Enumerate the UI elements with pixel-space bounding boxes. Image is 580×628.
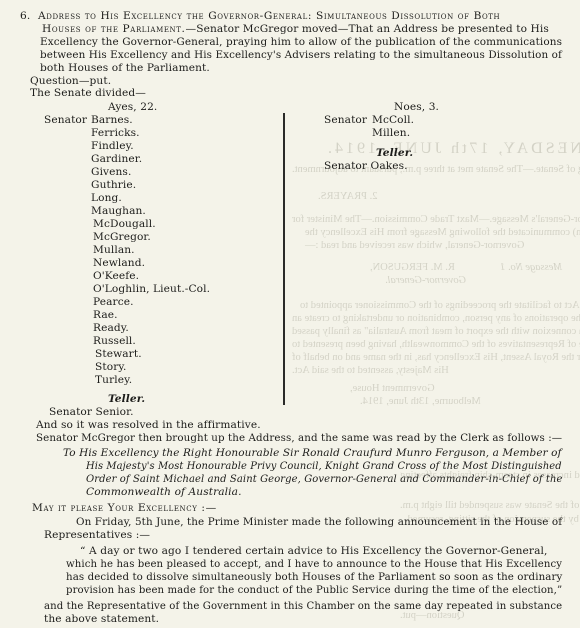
closing-line-2: the above statement. xyxy=(44,613,159,626)
senate-divided: The Senate divided— xyxy=(30,87,146,100)
ayes-member: O'Loghlin, Lieut.-Col. xyxy=(93,283,210,296)
address-recipient-line-3: Order of Saint Michael and Saint George,… xyxy=(86,473,563,486)
quote-line-1: “ A day or two ago I tendered certain ad… xyxy=(80,545,547,558)
ayes-member: McDougall. xyxy=(93,218,156,231)
noes-teller-label: Teller. xyxy=(376,147,413,160)
salutation: May it please Your Excellency :— xyxy=(32,502,217,515)
ayes-member: Newland. xyxy=(93,257,145,270)
ayes-member: Maughan. xyxy=(91,205,146,218)
noes-teller: Senator Oakes. xyxy=(324,160,408,173)
body-line-1: On Friday, 5th June, the Prime Minister … xyxy=(76,516,562,529)
ayes-teller-label: Teller. xyxy=(108,393,145,406)
quote-line-3: has decided to dissolve simultaneously b… xyxy=(66,571,562,584)
division-column-divider xyxy=(283,113,285,405)
motion-line-3: between His Excellency and His Excellenc… xyxy=(40,49,562,62)
noes-heading: Noes, 3. xyxy=(394,101,439,114)
ayes-member: Stewart. xyxy=(95,348,142,361)
ayes-member: Givens. xyxy=(91,166,131,179)
ayes-member: Gardiner. xyxy=(91,153,142,166)
ayes-member: Ferricks. xyxy=(91,127,140,140)
address-brought-up: Senator McGregor then brought up the Add… xyxy=(36,432,562,445)
item-heading: Address to His Excellency the Governor-G… xyxy=(38,10,558,23)
closing-line-1: and the Representative of the Government… xyxy=(44,600,562,613)
ayes-member: Long. xyxy=(91,192,122,205)
ayes-heading: Ayes, 22. xyxy=(108,101,157,114)
ayes-member: Rae. xyxy=(93,309,118,322)
ayes-member: Pearce. xyxy=(93,296,134,309)
address-recipient-line-1: To His Excellency the Right Honourable S… xyxy=(63,447,562,460)
ayes-teller: Senator Senior. xyxy=(49,406,134,419)
ayes-member: Mullan. xyxy=(93,244,135,257)
body-line-2: Representatives :— xyxy=(44,529,150,542)
quote-line-4: provision has been made for the conduct … xyxy=(66,584,562,597)
document-page: WEDNESDAY, 17th JUNE, 1914. 1. Meeting o… xyxy=(0,0,580,628)
ayes-member: Russell. xyxy=(93,335,136,348)
ayes-member: Findley. xyxy=(91,140,134,153)
item-number: 6. xyxy=(20,10,30,23)
address-recipient-line-4: Commonwealth of Australia. xyxy=(86,486,242,499)
noes-senator-prefix: Senator xyxy=(324,114,367,127)
ayes-member: Ready. xyxy=(93,322,129,335)
ayes-member: O'Keefe. xyxy=(93,270,139,283)
motion-line-1: Houses of the Parliament.—Senator McGreg… xyxy=(42,23,549,36)
ayes-member: Barnes. xyxy=(91,114,133,127)
ayes-member: Story. xyxy=(95,361,127,374)
resolution-result: And so it was resolved in the affirmativ… xyxy=(36,419,261,432)
item-heading-continued: Houses of the Parliament. xyxy=(42,23,186,35)
ayes-member: Turley. xyxy=(95,374,132,387)
noes-member: Millen. xyxy=(372,127,410,140)
ayes-member: Guthrie. xyxy=(91,179,136,192)
motion-line-2: Excellency the Governor-General, praying… xyxy=(40,36,562,49)
ayes-senator-prefix: Senator xyxy=(44,114,87,127)
address-recipient-line-2: His Majesty's Most Honourable Privy Coun… xyxy=(86,460,562,473)
quote-line-2: which he has been pleased to accept, and… xyxy=(66,558,562,571)
noes-member: McColl. xyxy=(372,114,414,127)
motion-line-4: both Houses of the Parliament. xyxy=(40,62,210,75)
ayes-member: McGregor. xyxy=(93,231,151,244)
